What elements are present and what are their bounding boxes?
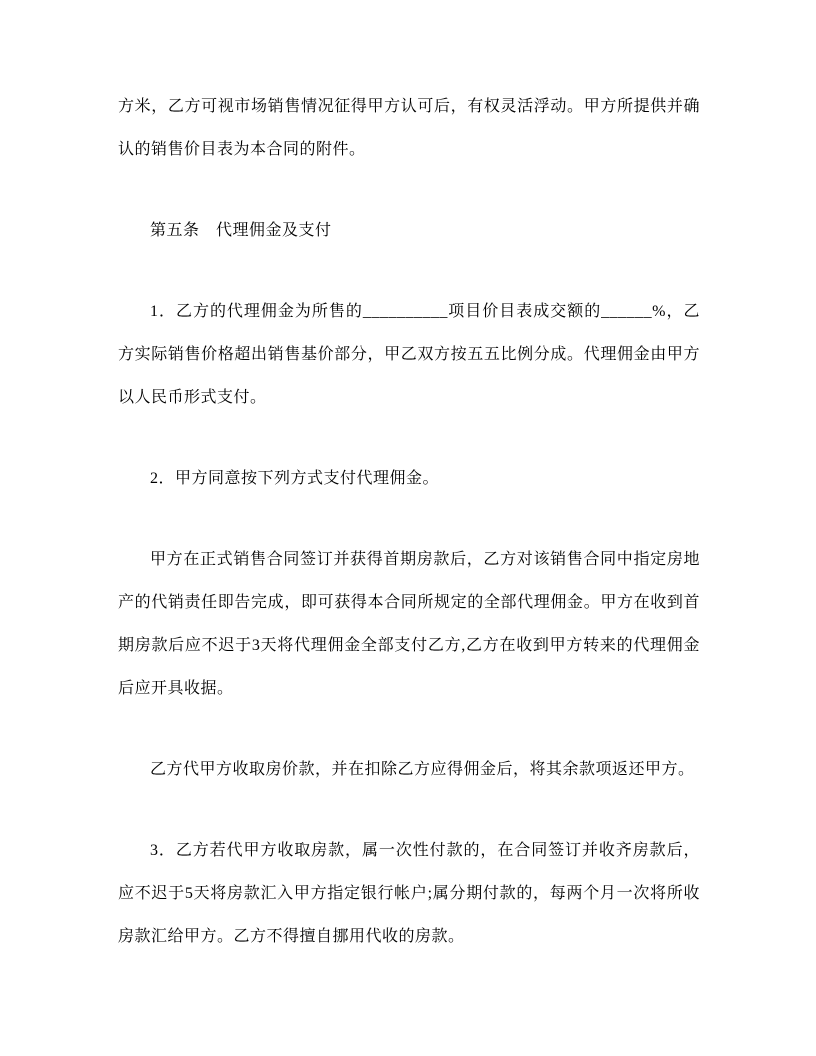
paragraph-collection-refund: 乙方代甲方收取房价款，并在扣除乙方应得佣金后，将其余款项返还甲方。 [118, 748, 700, 791]
document-page: 方米，乙方可视市场销售情况征得甲方认可后，有权灵活浮动。甲方所提供并确认的销售价… [0, 0, 816, 1056]
clause-1-commission-rate: 1．乙方的代理佣金为所售的__________项目价目表成交额的______%，… [118, 290, 700, 419]
paragraph-commission-settlement: 甲方在正式销售合同签订并获得首期房款后，乙方对该销售合同中指定房地产的代销责任即… [118, 538, 700, 710]
clause-2-payment-method: 2．甲方同意按下列方式支付代理佣金。 [118, 457, 700, 500]
section-heading: 第五条 代理佣金及支付 [118, 209, 700, 252]
paragraph-continuation: 方米，乙方可视市场销售情况征得甲方认可后，有权灵活浮动。甲方所提供并确认的销售价… [118, 85, 700, 171]
clause-3-house-payment-remittance: 3．乙方若代甲方收取房款，属一次性付款的，在合同签订并收齐房款后，应不迟于5天将… [118, 829, 700, 958]
